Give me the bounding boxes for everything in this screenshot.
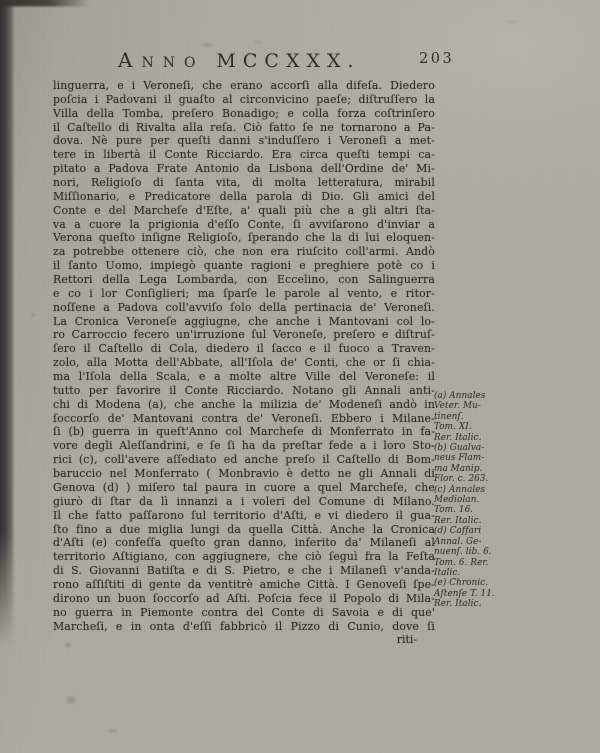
- note-line: (c) Annales: [434, 485, 546, 495]
- text-line: d'Aſti (e) confeſſa queſto gran danno, i…: [53, 536, 435, 550]
- text-line: tere in libertà il Conte Ricciardo. Era …: [53, 148, 435, 162]
- text-line: e co i lor Conſiglieri; ma ſparſe le par…: [53, 287, 435, 301]
- note-line: Italic.: [434, 568, 546, 578]
- note-line: Rer. Italic.: [434, 599, 546, 609]
- note-line: (e) Chronic.: [434, 578, 546, 588]
- text-line: ſi (b) guerra in queſt'Anno col Marcheſe…: [53, 425, 435, 439]
- text-line: ma l'Iſola della Scala, e a molte altre …: [53, 370, 435, 384]
- text-line: chi di Modena (a), che anche la milizia …: [53, 398, 435, 412]
- note-line: tinenſ.: [434, 412, 546, 422]
- note-line: Tom. 6. Rer.: [434, 558, 546, 568]
- note-line: (d) Caffari: [434, 526, 546, 536]
- text-line: linguerra, e i Veroneſi, che erano accor…: [53, 79, 435, 93]
- text-line: za potrebbe ottenere ciò, che non era ri…: [53, 245, 435, 259]
- text-line: nori, Religioſo di ſanta vita, di molta …: [53, 176, 435, 190]
- text-line: vore degli Aleſſandrini, e ſe ſi ha da p…: [53, 439, 435, 453]
- text-line: Villa della Tomba, preſero Bonadigo; e c…: [53, 107, 435, 121]
- text-line: ſoccorſo de' Mantovani contra de' Verone…: [53, 412, 435, 426]
- text-line: rici (c), coll'avere aſſediato ed anche …: [53, 453, 435, 467]
- note-line: neus Flam-: [434, 453, 546, 463]
- text-line: giurò di ſtar da lì innanzi a i voleri d…: [53, 495, 435, 509]
- text-line: tutto per favorire il Conte Ricciardo. N…: [53, 384, 435, 398]
- text-line: Conte e del Marcheſe d'Eſte, a' quali pi…: [53, 204, 435, 218]
- note-line: Rer. Italic.: [434, 433, 546, 443]
- margin-note-a: (a) AnnalesVeter. Mu-tinenſ.Tom. XI.Rer.…: [434, 391, 546, 443]
- page-edge-shadow-top: [0, 0, 90, 8]
- text-line: poſcia i Padovani il guaſto al circonvic…: [53, 93, 435, 107]
- text-line: Il che fatto paſſarono ſul territorio d'…: [53, 509, 435, 523]
- text-line: Rettori della Lega Lombarda, con Eccelin…: [53, 273, 435, 287]
- note-line: Tom. XI.: [434, 422, 546, 432]
- page-number: 203: [419, 51, 454, 67]
- margin-note-c: (c) AnnalesMediolan.Tom. 16.Rer. Italic.: [434, 485, 546, 527]
- note-line: ma Manip.: [434, 464, 546, 474]
- catchword: riti-: [53, 633, 435, 646]
- text-line: Genova (d) ) miſero tal paura in cuore a…: [53, 481, 435, 495]
- margin-note-d: (d) CaffariAnnal. Ge-nuenſ. lib. 6.Tom. …: [434, 526, 546, 578]
- running-head-anno: Anno: [118, 48, 204, 72]
- text-line: rono aſſiſtiti di gente da ventitrè amic…: [53, 578, 435, 592]
- text-line: pitato a Padova Frate Antonio da Lisbona…: [53, 162, 435, 176]
- margin-note-b: (b) Gualva-neus Flam-ma Manip.Flor. c. 2…: [434, 443, 546, 485]
- text-line: ſto fino a due miglia lungi da quella Ci…: [53, 523, 435, 537]
- text-line: ro Carroccio fecero un'irruzione ſul Ver…: [53, 328, 435, 342]
- note-line: Tom. 16.: [434, 505, 546, 515]
- main-text-block: linguerra, e i Veroneſi, che erano accor…: [53, 79, 435, 633]
- text-line: zolo, alla Motta dell'Abbate, all'Iſola …: [53, 356, 435, 370]
- page-edge-shadow-left: [0, 0, 15, 648]
- text-line: il ſanto Uomo, impiegò quante ragioni e …: [53, 259, 435, 273]
- note-line: Rer. Italic.: [434, 516, 546, 526]
- text-line: dirono un buon ſoccorſo ad Aſti. Poſcia …: [53, 592, 435, 606]
- note-line: Mediolan.: [434, 495, 546, 505]
- note-line: (a) Annales: [434, 391, 546, 401]
- text-line: Miſſionario, e Predicatore della parola …: [53, 190, 435, 204]
- margin-notes-column: (a) AnnalesVeter. Mu-tinenſ.Tom. XI.Rer.…: [434, 391, 546, 610]
- margin-note-e: (e) Chronic.Aſtenſe T. 11.Rer. Italic.: [434, 578, 546, 609]
- text-line: noſſene a Padova coll'avviſo ſolo della …: [53, 301, 435, 315]
- text-line: no guerra in Piemonte contra del Conte d…: [53, 606, 435, 620]
- text-line: Marcheſi, e in onta d'eſſi fabbricò il P…: [53, 620, 435, 634]
- note-line: Veter. Mu-: [434, 401, 546, 411]
- text-line: baruccio nel Monferrato ( Monbravio è de…: [53, 467, 435, 481]
- note-line: Annal. Ge-: [434, 537, 546, 547]
- note-line: nuenſ. lib. 6.: [434, 547, 546, 557]
- text-line: ſero il Caſtello di Cola, diedero il ſac…: [53, 342, 435, 356]
- note-line: (b) Gualva-: [434, 443, 546, 453]
- text-line: La Cronica Veroneſe aggiugne, che anche …: [53, 315, 435, 329]
- running-head: AnnoMCCXXX.: [118, 48, 361, 72]
- note-line: Flor. c. 263.: [434, 474, 546, 484]
- running-head-year: MCCXXX.: [216, 50, 360, 72]
- text-line: dova. Nè pure per queſti danni s'induſſe…: [53, 134, 435, 148]
- text-line: Verona queſto inſigne Religioſo, ſperand…: [53, 231, 435, 245]
- note-line: Aſtenſe T. 11.: [434, 589, 546, 599]
- text-line: va a cuore la prigionia d'eſſo Conte, ſi…: [53, 218, 435, 232]
- text-line: di S. Giovanni Batiſta e di S. Pietro, e…: [53, 564, 435, 578]
- scanned-book-page: AnnoMCCXXX. 203 linguerra, e i Veroneſi,…: [0, 0, 600, 753]
- text-line: il Caſtello di Rivalta alla reſa. Ciò fa…: [53, 121, 435, 135]
- text-line: territorio Aſtigiano, con aggiugnere, ch…: [53, 550, 435, 564]
